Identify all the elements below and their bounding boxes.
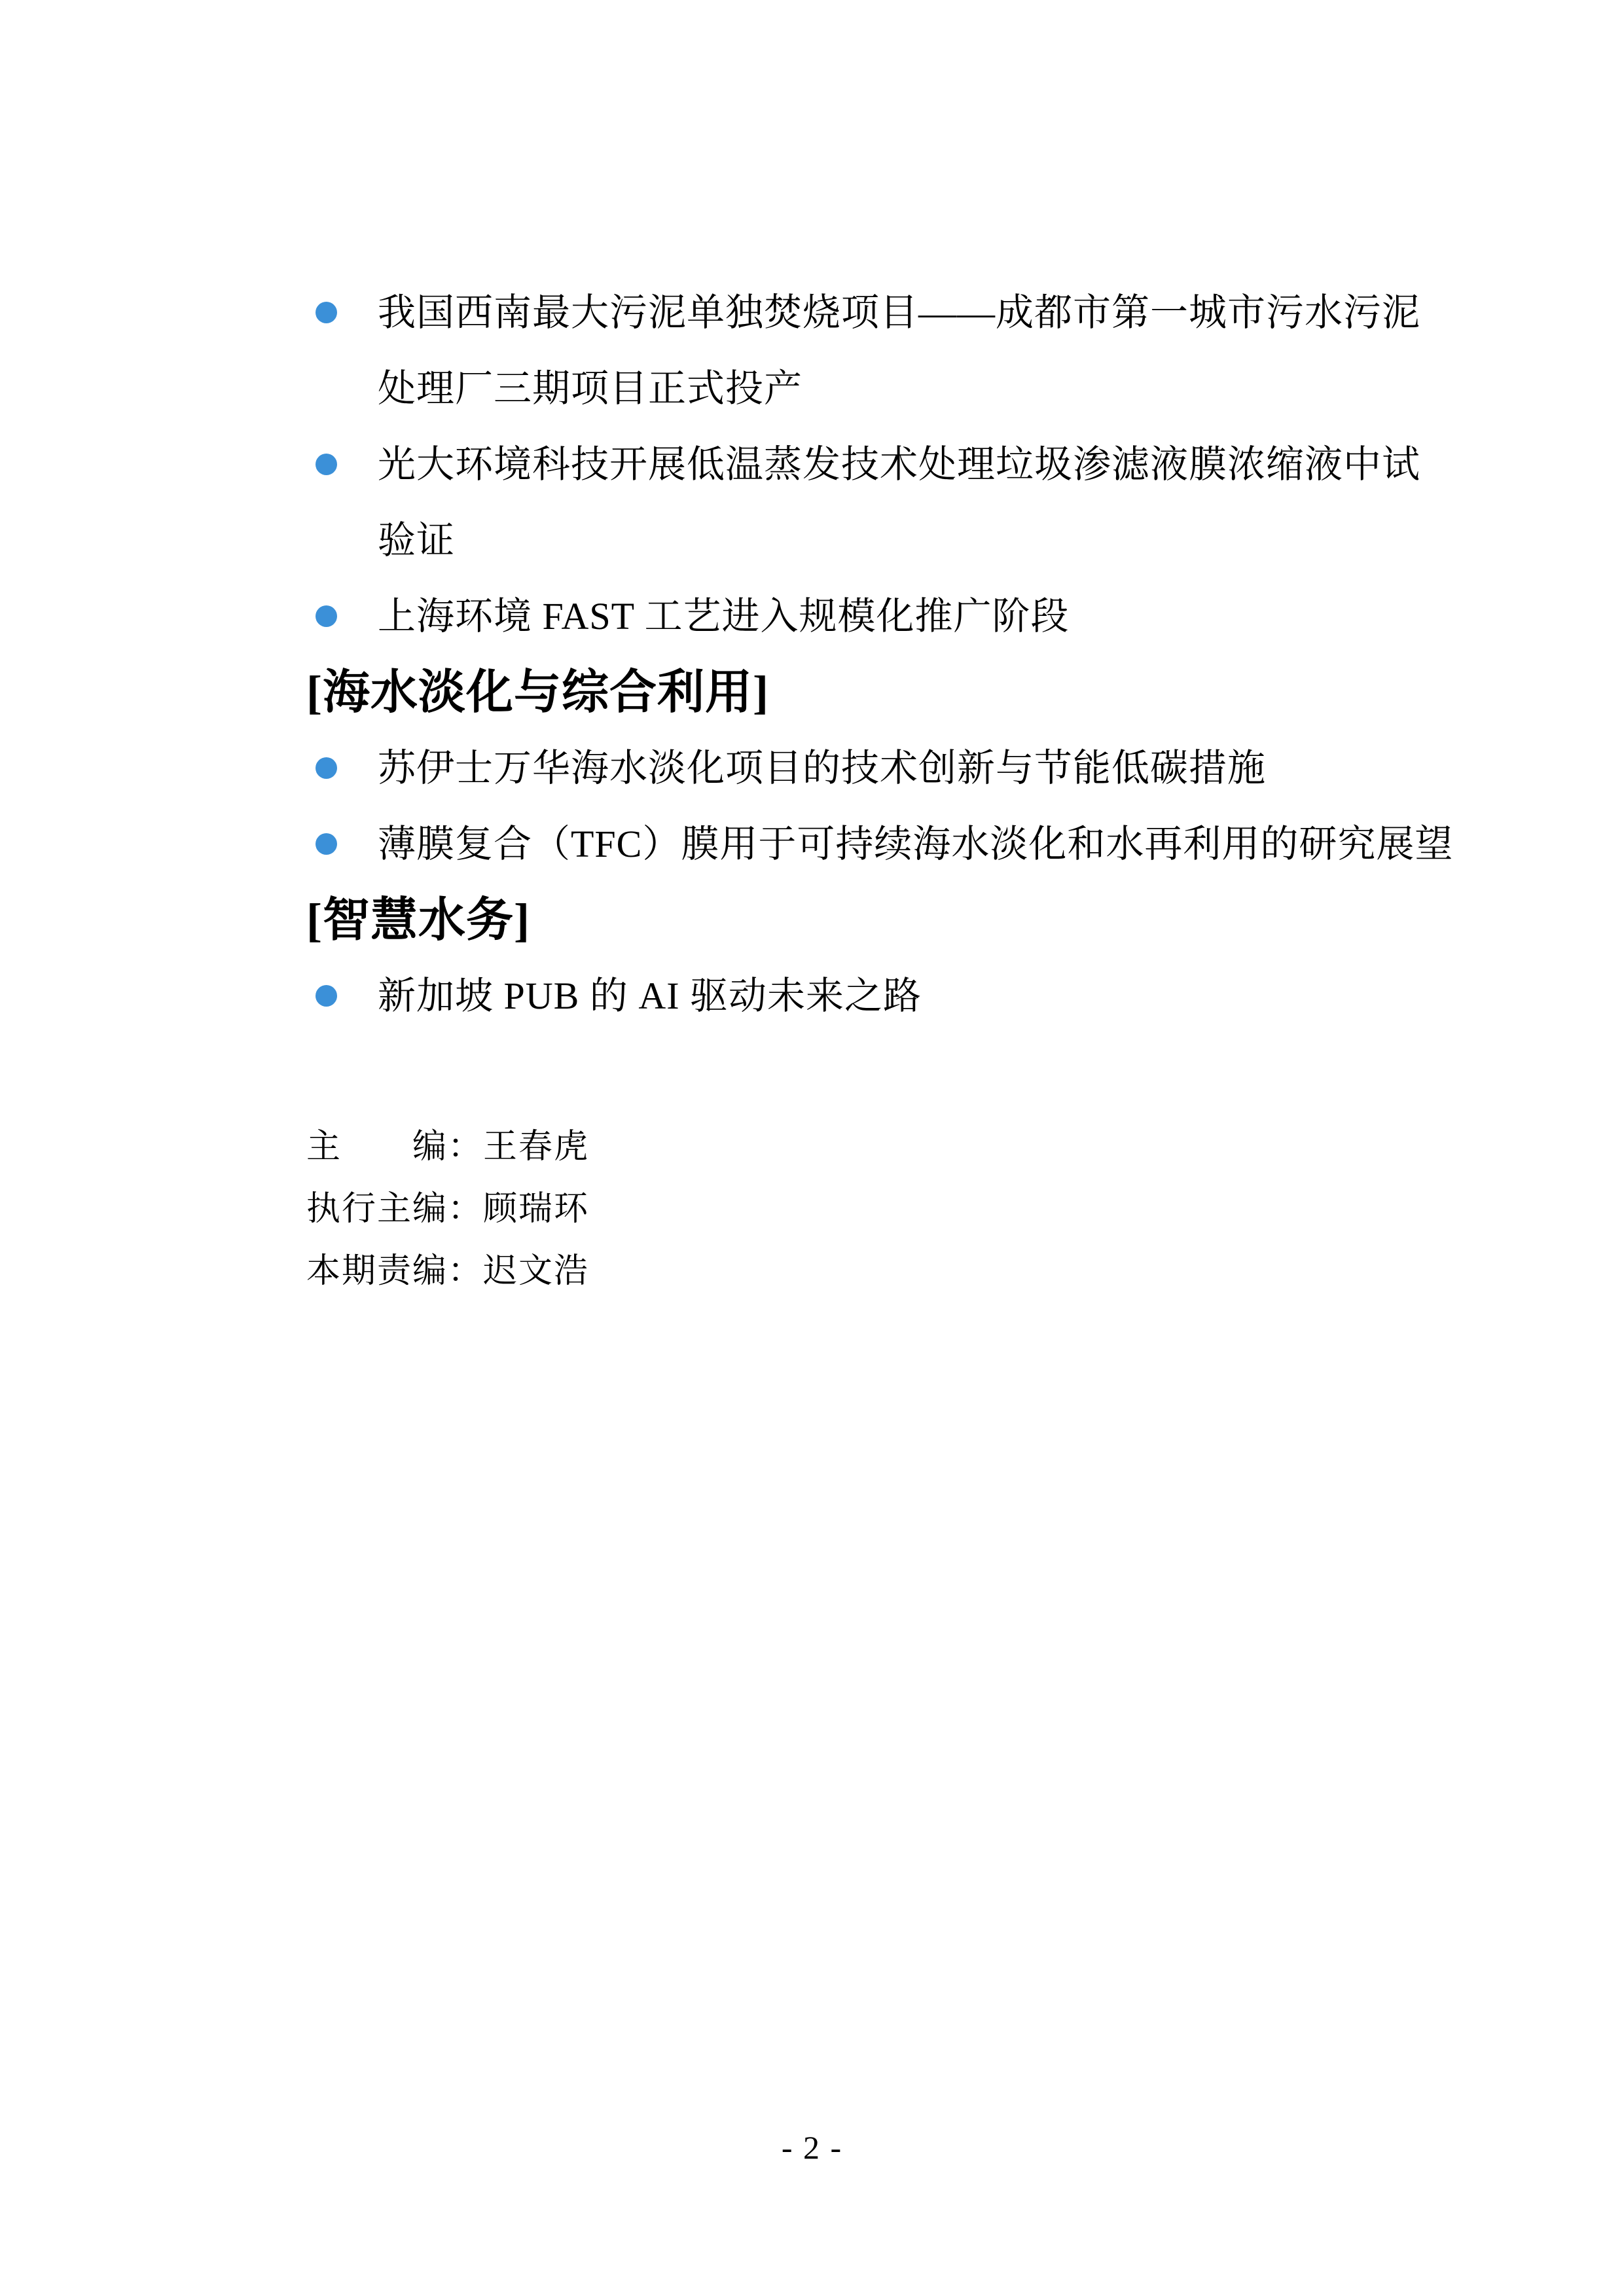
section-header-smart-water: [智慧水务] xyxy=(306,882,1432,958)
bullet-icon xyxy=(316,454,337,475)
editor-issue: 本期责编：迟文浩 xyxy=(306,1240,1432,1302)
toc-item: 上海环境 FAST 工艺进入规模化推广阶段 xyxy=(306,579,1432,655)
bullet-icon xyxy=(316,302,337,323)
toc-item: 我国西南最大污泥单独焚烧项目——成都市第一城市污水污泥 处理厂三期项目正式投产 xyxy=(306,275,1432,427)
bullet-icon xyxy=(316,833,337,855)
bullet-icon xyxy=(316,605,337,627)
toc-item: 新加坡 PUB 的 AI 驱动未来之路 xyxy=(306,958,1432,1034)
document-page: 我国西南最大污泥单独焚烧项目——成都市第一城市污水污泥 处理厂三期项目正式投产 … xyxy=(0,0,1624,2296)
toc-item-text: 新加坡 PUB 的 AI 驱动未来之路 xyxy=(378,958,922,1034)
editors-block: 主 编：王春虎 执行主编：顾瑞环 本期责编：迟文浩 xyxy=(306,1116,1432,1302)
section-header-desalination: [海水淡化与综合利用] xyxy=(306,655,1432,730)
toc-item-text: 光大环境科技开展低温蒸发技术处理垃圾渗滤液膜浓缩液中试 验证 xyxy=(378,427,1420,579)
toc-item: 薄膜复合（TFC）膜用于可持续海水淡化和水再利用的研究展望 xyxy=(306,806,1432,882)
toc-item: 苏伊士万华海水淡化项目的技术创新与节能低碳措施 xyxy=(306,730,1432,806)
editor-executive: 执行主编：顾瑞环 xyxy=(306,1178,1432,1240)
toc-item: 光大环境科技开展低温蒸发技术处理垃圾渗滤液膜浓缩液中试 验证 xyxy=(306,427,1432,579)
toc-item-text: 我国西南最大污泥单独焚烧项目——成都市第一城市污水污泥 处理厂三期项目正式投产 xyxy=(378,275,1420,427)
page-number: - 2 - xyxy=(0,2128,1624,2166)
editor-chief: 主 编：王春虎 xyxy=(306,1116,1432,1178)
bullet-icon xyxy=(316,757,337,779)
toc-item-text: 薄膜复合（TFC）膜用于可持续海水淡化和水再利用的研究展望 xyxy=(378,806,1453,882)
toc-content: 我国西南最大污泥单独焚烧项目——成都市第一城市污水污泥 处理厂三期项目正式投产 … xyxy=(306,275,1432,1302)
bullet-icon xyxy=(316,985,337,1007)
toc-item-text: 苏伊士万华海水淡化项目的技术创新与节能低碳措施 xyxy=(378,730,1266,806)
toc-item-text: 上海环境 FAST 工艺进入规模化推广阶段 xyxy=(378,579,1069,655)
